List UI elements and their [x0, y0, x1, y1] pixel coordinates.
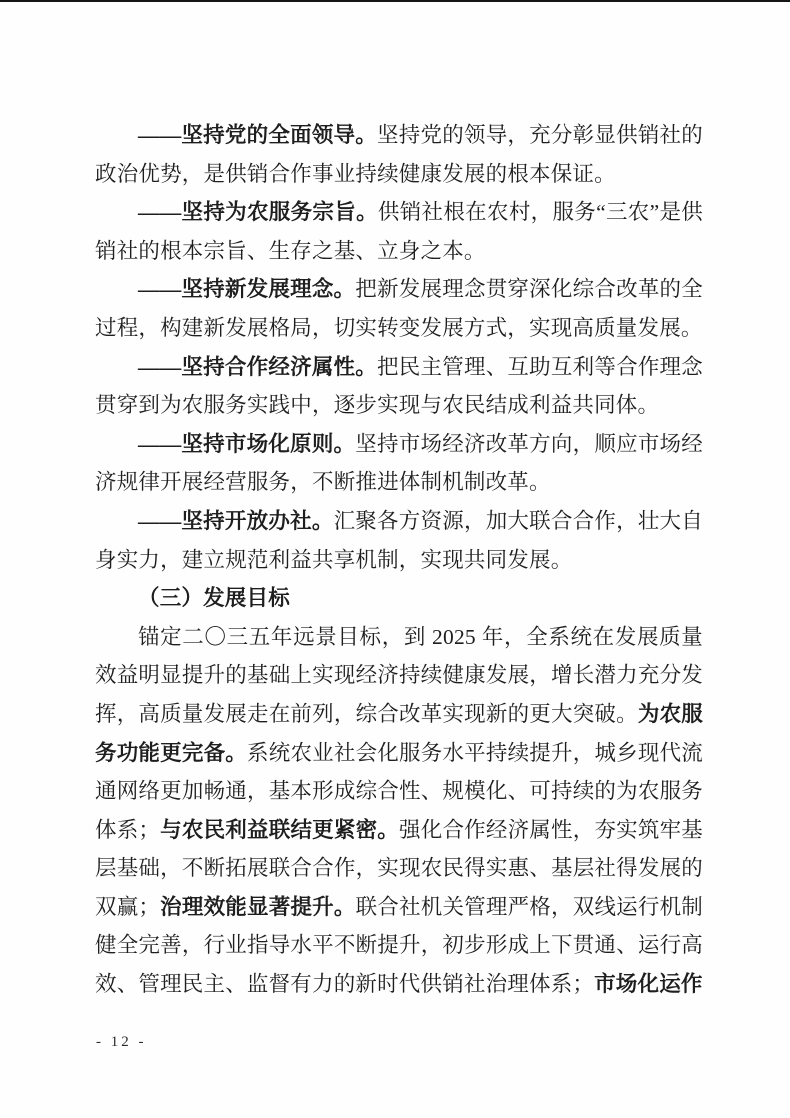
scan-top-edge: [0, 0, 790, 2]
principle-paragraph-marketization: ——坚持市场化原则。坚持市场经济改革方向，顺应市场经济规律开展经营服务，不断推进…: [95, 425, 703, 502]
goals-segment-bold: 与农民利益联结更紧密。: [160, 818, 399, 842]
principle-paragraph-new-development: ——坚持新发展理念。把新发展理念贯穿深化综合改革的全过程，构建新发展格局，切实转…: [95, 270, 703, 347]
document-body: ——坚持党的全面领导。坚持党的领导，充分彰显供销社的政治优势，是供销合作事业持续…: [95, 116, 703, 1004]
goals-segment-bold: 市场化运作: [594, 972, 703, 996]
document-page: ——坚持党的全面领导。坚持党的领导，充分彰显供销社的政治优势，是供销合作事业持续…: [0, 0, 790, 1118]
principle-paragraph-open-cooperation: ——坚持开放办社。汇聚各方资源，加大联合合作，壮大自身实力，建立规范利益共享机制…: [95, 502, 703, 579]
goals-segment-bold: 治理效能显著提升。: [160, 895, 355, 919]
principle-lead: ——坚持党的全面领导。: [138, 123, 377, 147]
section-heading-development-goals: （三）发展目标: [95, 579, 703, 618]
principle-lead: ——坚持市场化原则。: [138, 432, 355, 456]
principle-lead: ——坚持为农服务宗旨。: [138, 200, 378, 224]
principle-paragraph-cooperative-economy: ——坚持合作经济属性。把民主管理、互助互利等合作理念贯穿到为农服务实践中，逐步实…: [95, 348, 703, 425]
principle-lead: ——坚持开放办社。: [138, 509, 334, 533]
principle-lead: ——坚持新发展理念。: [138, 277, 355, 301]
principle-lead: ——坚持合作经济属性。: [138, 355, 377, 379]
goals-paragraph: 锚定二〇三五年远景目标，到 2025 年，全系统在发展质量效益明显提升的基础上实…: [95, 618, 703, 1004]
principle-paragraph-party-leadership: ——坚持党的全面领导。坚持党的领导，充分彰显供销社的政治优势，是供销合作事业持续…: [95, 116, 703, 193]
goals-segment: 锚定二〇三五年远景目标，到 2025 年，全系统在发展质量效益明显提升的基础上实…: [95, 625, 703, 726]
page-number: - 12 -: [96, 1034, 147, 1051]
principle-paragraph-serve-agriculture: ——坚持为农服务宗旨。供销社根在农村，服务“三农”是供销社的根本宗旨、生存之基、…: [95, 193, 703, 270]
